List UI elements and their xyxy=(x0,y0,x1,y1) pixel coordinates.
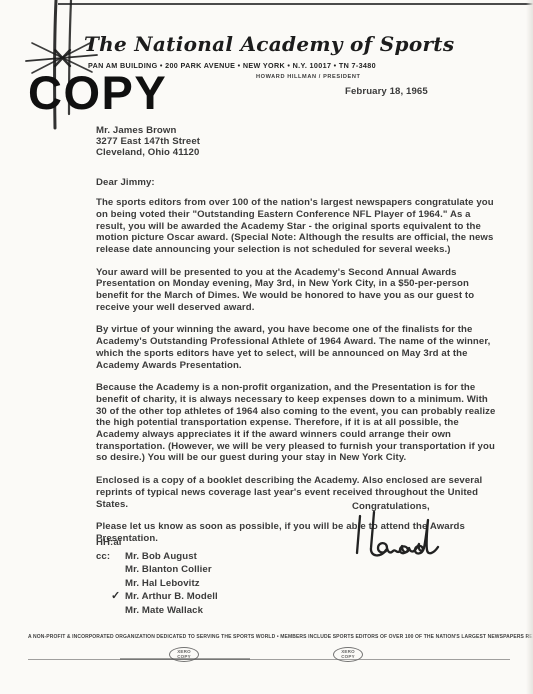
scan-artifact-bottom-edge xyxy=(120,658,250,660)
cc-name-checked: Mr. Arthur B. Modell xyxy=(125,590,218,604)
cc-row: Mr. Hal Lebovitz xyxy=(96,577,218,591)
signature-howard xyxy=(344,508,454,571)
letter-date: February 18, 1965 xyxy=(345,86,428,98)
copy-stamp: COPY xyxy=(28,69,167,116)
president-line: HOWARD HILLMAN / PRESIDENT xyxy=(256,74,360,80)
reference-initials: HH:ai xyxy=(96,536,218,550)
scanned-letter-page: The National Academy of Sports PAN AM BU… xyxy=(0,0,533,694)
cc-row: ✓ Mr. Arthur B. Modell xyxy=(96,590,218,604)
paragraph-5: Enclosed is a copy of a booklet describi… xyxy=(96,475,500,510)
letter-body-column: Mr. James Brown 3277 East 147th Street C… xyxy=(96,126,500,556)
scan-artifact-top-edge xyxy=(58,3,533,5)
cc-row: Mr. Mate Wallack xyxy=(96,604,218,618)
recipient-address-block: Mr. James Brown 3277 East 147th Street C… xyxy=(96,126,500,158)
salutation: Dear Jimmy: xyxy=(96,177,500,189)
paragraph-3: By virtue of your winning the award, you… xyxy=(96,324,500,371)
cc-name: Mr. Bob August xyxy=(125,550,197,564)
organization-name: The National Academy of Sports xyxy=(84,32,454,56)
cc-label: cc: xyxy=(96,550,125,564)
cc-row: cc: Mr. Bob August xyxy=(96,550,218,564)
scan-artifact-bottom-edge xyxy=(28,659,510,660)
footer-tagline: A NON-PROFIT & INCORPORATED ORGANIZATION… xyxy=(28,634,510,640)
recipient-city: Cleveland, Ohio 41120 xyxy=(96,148,500,159)
cc-name: Mr. Hal Lebovitz xyxy=(125,577,200,591)
paragraph-4: Because the Academy is a non-profit orga… xyxy=(96,382,500,464)
cc-name: Mr. Mate Wallack xyxy=(125,604,203,618)
checkmark-icon: ✓ xyxy=(111,590,125,604)
reference-cc-block: HH:ai cc: Mr. Bob August Mr. Blanton Col… xyxy=(96,536,218,618)
paragraph-1: The sports editors from over 100 of the … xyxy=(96,197,500,256)
cc-row: Mr. Blanton Collier xyxy=(96,563,218,577)
cc-name: Mr. Blanton Collier xyxy=(125,563,212,577)
recipient-street: 3277 East 147th Street xyxy=(96,137,500,148)
paragraph-2: Your award will be presented to you at t… xyxy=(96,267,500,314)
